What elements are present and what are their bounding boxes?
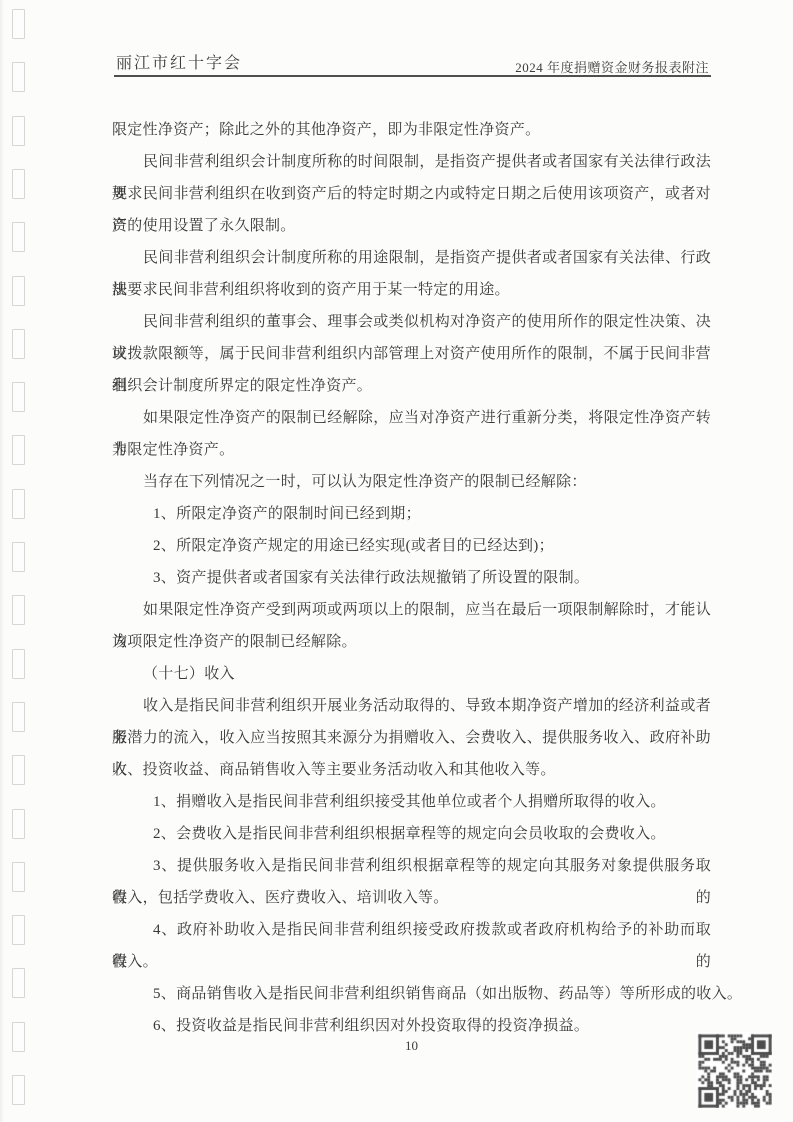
text-line: 收入是指民间非营利组织开展业务活动取得的、导致本期净资产增加的经济利益或者服 — [112, 690, 711, 722]
document-page: 丽江市红十字会 2024 年度捐赠资金财务报表附注 限定性净资产；除此之外的其他… — [0, 0, 793, 1122]
text-line: 当存在下列情况之一时，可以认为限定性净资产的限制已经解除： — [112, 466, 711, 498]
text-line: 限定性净资产；除此之外的其他净资产，即为非限定性净资产。 — [112, 114, 711, 146]
binding-hole-mark — [12, 1022, 25, 1052]
text-line: 4、政府补助收入是指民间非营利组织接受政府拨款或者政府机构给予的补助而取得的 — [112, 914, 711, 946]
binding-hole-mark — [12, 9, 25, 39]
binding-hole-mark — [12, 809, 25, 839]
text-line: 该项限定性净资产的限制已经解除。 — [112, 626, 711, 658]
binding-hole-mark — [12, 649, 25, 679]
text-line: 要求民间非营利组织在收到资产后的特定时期之内或特定日期之后使用该项资产，或者对资 — [112, 178, 711, 210]
text-line: 1、所限定净资产的限制时间已经到期； — [112, 498, 711, 530]
text-line: 民间非营利组织会计制度所称的时间限制，是指资产提供者或者国家有关法律行政法规 — [112, 146, 711, 178]
binding-hole-mark — [12, 968, 25, 998]
text-line: 组织会计制度所界定的限定性净资产。 — [112, 370, 711, 402]
text-line: 5、商品销售收入是指民间非营利组织销售商品（如出版物、药品等）等所形成的收入。 — [112, 978, 711, 1010]
text-line: 1、捐赠收入是指民间非营利组织接受其他单位或者个人捐赠所取得的收入。 — [112, 786, 711, 818]
binding-hole-mark — [12, 435, 25, 465]
binding-hole-mark — [12, 489, 25, 519]
text-line: 非限定性净资产。 — [112, 434, 711, 466]
text-line: 或拨款限额等，属于民间非营利组织内部管理上对资产使用所作的限制，不属于民间非营利 — [112, 338, 711, 370]
binding-hole-mark — [12, 169, 25, 199]
text-line: 2、会费收入是指民间非营利组织根据章程等的规定向会员收取的会费收入。 — [112, 818, 711, 850]
text-line: 务潜力的流入，收入应当按照其来源分为捐赠收入、会费收入、提供服务收入、政府补助收 — [112, 722, 711, 754]
text-line: 入、投资收益、商品销售收入等主要业务活动收入和其他收入等。 — [112, 754, 711, 786]
binding-hole-mark — [12, 755, 25, 785]
text-line: 民间非营利组织会计制度所称的用途限制，是指资产提供者或者国家有关法律、行政法 — [112, 242, 711, 274]
text-line: 产的使用设置了永久限制。 — [112, 210, 711, 242]
text-line: 3、提供服务收入是指民间非营利组织根据章程等的规定向其服务对象提供服务取得的 — [112, 850, 711, 882]
binding-hole-mark — [12, 116, 25, 146]
binding-hole-mark — [12, 542, 25, 572]
page-number: 10 — [112, 1038, 711, 1054]
text-line: 民间非营利组织的董事会、理事会或类似机构对净资产的使用所作的限定性决策、决议 — [112, 306, 711, 338]
text-line: 规要求民间非营利组织将收到的资产用于某一特定的用途。 — [112, 274, 711, 306]
header-organization-name: 丽江市红十字会 — [116, 50, 242, 73]
binding-hole-mark — [12, 62, 25, 92]
text-line: 3、资产提供者或者国家有关法律行政法规撤销了所设置的限制。 — [112, 562, 711, 594]
binding-hole-mark — [12, 862, 25, 892]
text-line: 如果限定性净资产的限制已经解除，应当对净资产进行重新分类，将限定性净资产转为 — [112, 402, 711, 434]
text-line: 如果限定性净资产受到两项或两项以上的限制，应当在最后一项限制解除时，才能认为 — [112, 594, 711, 626]
text-line: （十七）收入 — [112, 658, 711, 690]
binding-hole-marks — [0, 0, 40, 1122]
header-report-title: 2024 年度捐赠资金财务报表附注 — [515, 57, 709, 76]
binding-hole-mark — [12, 382, 25, 412]
binding-hole-mark — [12, 595, 25, 625]
binding-hole-mark — [12, 329, 25, 359]
binding-hole-mark — [12, 276, 25, 306]
binding-hole-mark — [12, 702, 25, 732]
body-lines: 限定性净资产；除此之外的其他净资产，即为非限定性净资产。民间非营利组织会计制度所… — [112, 114, 711, 1042]
text-line: 2、所限定净资产规定的用途已经实现(或者目的已经达到)； — [112, 530, 711, 562]
qr-code-icon — [696, 1032, 772, 1108]
header-rule — [114, 75, 711, 77]
binding-hole-mark — [12, 1075, 25, 1105]
binding-hole-mark — [12, 915, 25, 945]
binding-hole-mark — [12, 222, 25, 252]
